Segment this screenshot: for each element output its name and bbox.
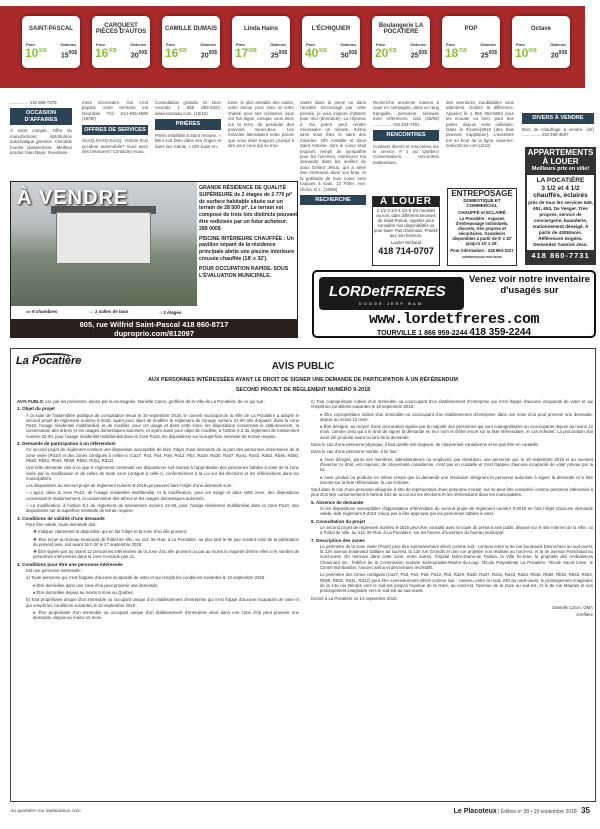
section-header-services: OFFRES DE SERVICES bbox=[82, 125, 148, 136]
coupon-logo: SAINT-PASCAL bbox=[22, 16, 80, 42]
contact-name: Laurier Michaud bbox=[373, 239, 439, 246]
bath-icon-feature: 🛁 2 salles de bain bbox=[88, 309, 128, 315]
ad-title: À VENDRE bbox=[17, 187, 128, 210]
edition-info: Édition nº 38 • 19 septembre 2018 bbox=[501, 809, 577, 815]
coupon-card[interactable]: POP PourObtenez 1875$ 2500$ bbox=[442, 16, 500, 68]
classified-text: À votre compte. Offre du manufacturier, … bbox=[10, 128, 72, 155]
section-header-divers: DIVERS À VENDRE bbox=[522, 113, 594, 124]
classified-text: toine, le plus aimable des saints, votre… bbox=[228, 100, 294, 149]
notice-left-column: AVIS PUBLIC est, par les présentes, donn… bbox=[17, 399, 299, 622]
classified-col-8: DIVERS À VENDRE Bois de chauffage à vend… bbox=[522, 110, 594, 137]
coupon-value: 5000$ bbox=[341, 50, 357, 59]
classified-col-7: des aventures inoubliables vous attenden… bbox=[446, 100, 514, 149]
footer-website[interactable]: Au quotidien sur leplacoteux.com bbox=[10, 809, 81, 814]
classified-text: SAAQ-SAAQ-SAAQ. Victime d'un accident au… bbox=[82, 138, 148, 154]
coupon-logo: L'ÉCHIQUIER bbox=[302, 16, 360, 42]
classified-col-2: ment nécessaire. Oui c'est payant, votre… bbox=[82, 100, 148, 154]
coupon-card[interactable]: CAMILLE DUMAIS PourObtenez 1600$ 2000$ bbox=[162, 16, 220, 68]
coupon-logo: Boulangerie LA POCATIÈRE bbox=[372, 16, 430, 42]
avis-public: La Pocatière AVIS PUBLIC AUX PERSONNES I… bbox=[10, 348, 596, 802]
features-row: ▭ 6 chambres 🛁 2 salles de bain ⌂ 2 étag… bbox=[11, 306, 197, 318]
classified-col-6: Recherche ancienne maison à louer en cam… bbox=[373, 100, 439, 165]
coupon-card[interactable]: L'ÉCHIQUIER PourObtenez 4000$ 5000$ bbox=[302, 16, 360, 68]
coupon-card[interactable]: Octave PourObtenez 1000$ 2000$ bbox=[512, 16, 570, 68]
bed-icon-feature: ▭ 6 chambres bbox=[27, 309, 58, 315]
coupon-price: 4000$ bbox=[305, 47, 327, 59]
ad-description: GRANDE RÉSIDENCE DE QUALITÉ SUPÉRIEURE d… bbox=[199, 185, 297, 282]
coupon-price: 2000$ bbox=[375, 47, 397, 59]
phone-line: ............... 418 569-7378 bbox=[10, 100, 72, 105]
coupon-card[interactable]: Linda Hains PourObtenez 1750$ 2500$ bbox=[232, 16, 290, 68]
classified-col-4: toine, le plus aimable des saints, votre… bbox=[228, 100, 294, 149]
ad-title: APPARTEMENTS À LOUER bbox=[527, 149, 594, 166]
coupon-value: 2000$ bbox=[551, 50, 567, 59]
house-icon-feature: ⌂ 2 étages bbox=[159, 310, 181, 315]
classified-text: Recherche ancienne maison à louer en cam… bbox=[373, 100, 439, 127]
ad-a-vendre: À VENDRE ▭ 6 chambres 🛁 2 salles de bain… bbox=[10, 181, 298, 338]
notice-title: AVIS PUBLIC bbox=[11, 361, 595, 372]
ad-lord-et-freres: LORDetFRERESDODGE JEEP RAM Venez voir no… bbox=[312, 270, 596, 338]
page-number: 35 bbox=[581, 806, 590, 815]
signature-title: Greffière bbox=[311, 612, 593, 617]
coupon-price: 1875$ bbox=[445, 47, 467, 59]
phone: 418 860-7731 bbox=[527, 251, 594, 260]
coupon-logo: CARQUEST PIÈCES D'AUTOS bbox=[92, 16, 150, 42]
coupon-card[interactable]: CARQUEST PIÈCES D'AUTOS PourObtenez 1600… bbox=[92, 16, 150, 68]
coupon-logo: Octave bbox=[512, 16, 570, 42]
ad-tagline: Venez voir notre inventaire d'usagés sur bbox=[467, 275, 592, 296]
classified-text: Consultation gratuite. M. Dion Avocats 1… bbox=[155, 100, 221, 116]
coupon-card[interactable]: Boulangerie LA POCATIÈRE PourObtenez 200… bbox=[372, 16, 430, 68]
ad-appartements: APPARTEMENTS À LOUER Meilleurs prix en v… bbox=[525, 147, 596, 265]
classified-text: Contacts directs et rencontres sur le se… bbox=[373, 144, 439, 166]
classified-col-3: Consultation gratuite. M. Dion Avocats 1… bbox=[155, 100, 221, 149]
coupon-value: 2500$ bbox=[411, 50, 427, 59]
classified-col-5: vaient dans la peine ou dans l'anxiété. … bbox=[300, 100, 366, 208]
coupon-logo: Linda Hains bbox=[232, 16, 290, 42]
ad-url[interactable]: www.lordetfreres.com bbox=[314, 311, 594, 328]
classified-text: des aventures inoubliables vous attenden… bbox=[446, 100, 514, 149]
coupon-value: 2500$ bbox=[271, 50, 287, 59]
ad-address: 805, rue Wilfrid Saint-Pascal 418 860-87… bbox=[11, 320, 297, 329]
brand-logo: Le Placoteux bbox=[454, 808, 497, 815]
ad-text: 2 1/2-3 1/2-4 1/2-5 1/2 meublés ou non, … bbox=[373, 207, 439, 239]
coupon-logo: POP bbox=[442, 16, 500, 42]
ad-url[interactable]: duproprio.com/812097 bbox=[11, 329, 297, 338]
section-header-occasion: OCCASION D'AFFAIRES bbox=[10, 108, 72, 125]
classified-text: Prière infaillible à Saint Antoine. « Bé… bbox=[155, 133, 221, 149]
coupon-value: 1500$ bbox=[61, 50, 77, 59]
coupon-logo: CAMILLE DUMAIS bbox=[162, 16, 220, 42]
coupon-price: 1750$ bbox=[235, 47, 257, 59]
classified-col-1: ............... 418 569-7378 OCCASION D'… bbox=[10, 100, 72, 155]
signature-name: Danielle Caron, OMA bbox=[311, 605, 593, 610]
coupon-value: 2000$ bbox=[201, 50, 217, 59]
coupon-price: 1600$ bbox=[95, 47, 117, 59]
lord-logo: LORDetFRERESDODGE JEEP RAM bbox=[319, 277, 464, 310]
footer-edition: Le Placoteux | Édition nº 38 • 19 septem… bbox=[454, 806, 590, 815]
classified-text: vaient dans la peine ou dans l'anxiété. … bbox=[300, 100, 366, 192]
ad-title: ENTREPOSAGE bbox=[448, 189, 516, 198]
section-header-recherche: RECHERCHE bbox=[300, 195, 366, 206]
notice-right-column: c) Tout copropriétaire indivis d'un imme… bbox=[311, 399, 593, 619]
coupon-card[interactable]: SAINT-PASCAL PourObtenez 1000$ 1500$ bbox=[22, 16, 80, 68]
ad-contact: 805, rue Wilfrid Saint-Pascal 418 860-87… bbox=[11, 319, 297, 338]
coupon-price: 1000$ bbox=[515, 47, 537, 59]
coupon-price: 1600$ bbox=[165, 47, 187, 59]
ad-a-louer: À LOUER 2 1/2-3 1/2-4 1/2-5 1/2 meublés … bbox=[372, 196, 440, 266]
notice-subtitle-2: SECOND PROJET DE RÈGLEMENT NUMÉRO 9-2018 bbox=[11, 387, 595, 393]
section-header-prieres: PRIÈRES bbox=[155, 119, 221, 130]
notice-subtitle: AUX PERSONNES INTÉRESSÉES AYANT LE DROIT… bbox=[11, 377, 595, 383]
coupon-price: 1000$ bbox=[25, 47, 47, 59]
ad-phones: TOURVILLE 1 866 959-2244 418 359-2244 bbox=[314, 327, 594, 338]
classified-text: ment nécessaire. Oui c'est payant, votre… bbox=[82, 100, 148, 122]
coupon-value: 2500$ bbox=[481, 50, 497, 59]
classified-text: Bois de chauffage à vendre. (inf) ......… bbox=[522, 127, 594, 138]
coupon-value: 2000$ bbox=[131, 50, 147, 59]
ad-entreposage: ENTREPOSAGE DOMESTIQUE ET COMMERCIAL CHA… bbox=[447, 188, 517, 266]
section-header-rencontres: RENCONTRES bbox=[373, 130, 439, 141]
ad-title: À LOUER bbox=[373, 197, 439, 207]
phone: 418 714-0707 bbox=[373, 246, 439, 256]
